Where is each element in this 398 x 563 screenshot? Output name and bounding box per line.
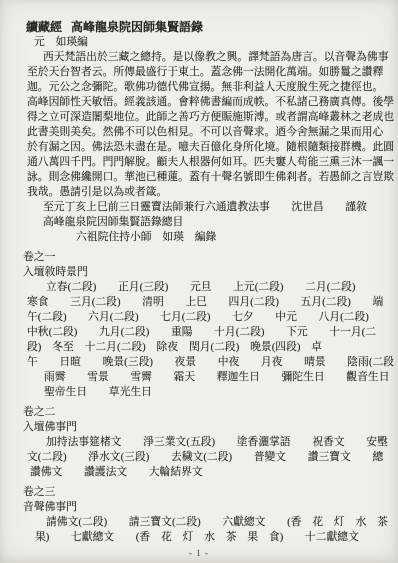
doc-header: 續藏經高峰龍泉院因師集賢語錄 <box>0 20 398 35</box>
byline: 元 如瑛編 <box>0 35 398 50</box>
section-heading: 音聲佛事門 <box>0 500 398 515</box>
toc-item-line: 雨霽 雪景 雪霽 霜天 釋迦生日 彌陀生日 觀音生日 <box>0 370 398 385</box>
toc-item-line: 文(二段) 淨水文(三段) 去穢文(二段) 普變文 讚三寶文 總 <box>0 450 398 465</box>
preface-line: 通八萬四千門。門門解脫。顧夫人根器何如耳。匹夫窶人苟能三熏三沐一諷一 <box>0 155 398 170</box>
scanned-page: 續藏經高峰龍泉院因師集賢語錄 元 如瑛編 西天梵語出於三藏之總持。是以像教之興。… <box>0 0 398 563</box>
toc-item-line: 讚佛文 讚護法文 大輪結界文 <box>0 465 398 480</box>
preface-line: 高峰因師性天敏悟。經義該通。會粹佛書編而成帙。不私諸己務廣真傳。後學 <box>0 95 398 110</box>
toc-editor: 六祖院住持小師 如瑛 編錄 <box>0 230 398 245</box>
preface-line: 此書美則美矣。然佛不可以色相見。不可以音聲求。迺今舍無漏之果而用心 <box>0 125 398 140</box>
page-number: - 1 - <box>0 547 398 559</box>
preface-line: 西天梵語出於三藏之總持。是以像教之興。譯梵語為唐言。以音聲為佛事 <box>0 50 398 65</box>
preface-line: 至於天台智者云。所傳最盛行于東土。蓋念佛一法開化萬端。如勝鬘之讚釋 <box>0 65 398 80</box>
toc-item-line: 寒食 三月(二段) 清明 上巳 四月(二段) 五月(二段) 端 <box>0 295 398 310</box>
preface-line: 詠。則念佛纔開口。華池已種蓮。蓋有十聲名號即生佛剎者。若愚師之言豈欺 <box>0 170 398 185</box>
toc-item-line: 立春(二段) 正月(三段) 元旦 上元(二段) 二月(二段) <box>0 280 398 295</box>
toc-item-line: 午(二段) 六月(二段) 七月(二段) 七夕 中元 八月(二段) <box>0 310 398 325</box>
series-label: 續藏經 <box>26 20 62 34</box>
toc-title: 高峰龍泉院因師集賢語錄總目 <box>0 215 398 230</box>
toc-item-line: 段) 冬至 十二月(二段) 除夜 閏月(二段) 晚景(四段) 卓 <box>0 340 398 355</box>
section-heading: 入壇佛事門 <box>0 420 398 435</box>
volume-heading: 卷之二 <box>0 405 398 420</box>
preface-line: 得之立可深造闍梨地位。此師之善巧方便賑施斯溥。或者謂高峰叢林之老成也 <box>0 110 398 125</box>
preface-line: 我哉。愚請引是以為或者箴。 <box>0 185 398 200</box>
volume-heading: 卷之一 <box>0 250 398 265</box>
toc-item-line: 午 日暄 晚景(三段) 夜景 中夜 月夜 晴景 陰雨(二段 <box>0 355 398 370</box>
toc-item-line: 聖帝生日 草光生日 <box>0 385 398 400</box>
doc-title: 高峰龍泉院因師集賢語錄 <box>71 20 203 34</box>
section-heading: 入壇敘時景門 <box>0 265 398 280</box>
volume-heading: 卷之三 <box>0 485 398 500</box>
preface-line: 迦。元公之念彌陀。歌佛功德代佛宣揚。無非利益人天度脫生死之捷徑也。 <box>0 80 398 95</box>
toc-item-line: 中秋(二段) 九月(二段) 重陽 十月(二段) 下元 十一月(二 <box>0 325 398 340</box>
toc-item-line: 果) 七獻總文 (香 花 灯 水 茶 果 食) 十二獻總文 <box>0 530 398 545</box>
colophon: 至元丁亥上巳前三日靈寶法師兼行六通遺教法事 沈世昌 謹敘 <box>0 200 398 215</box>
preface-line: 於有漏之因。佛法恐未盡在是。噫夫百億化身所化境。隨根隨類接群機。此圓 <box>0 140 398 155</box>
toc-item-line: 請佛文(二段) 請三寶文(二段) 六獻總文 (香 花 灯 水 茶 <box>0 515 398 530</box>
toc-item-line: 加持法事筵楮文 淨三業文(五段) 塗香灑掌語 祝香文 安壂 <box>0 435 398 450</box>
